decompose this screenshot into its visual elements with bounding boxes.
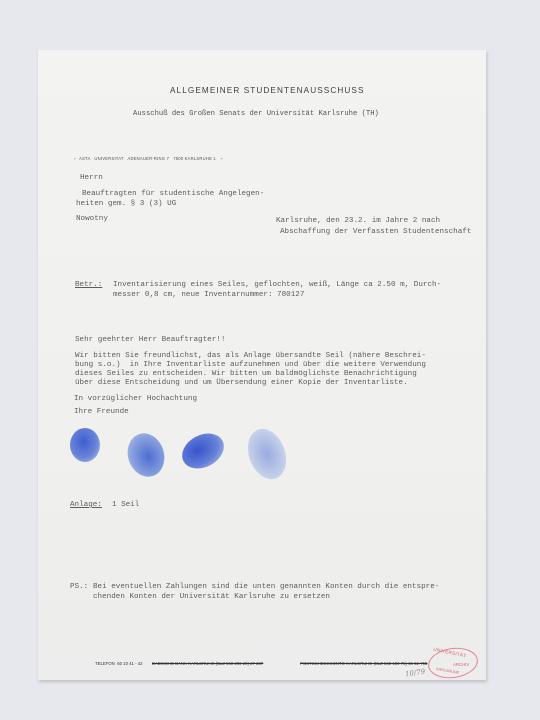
archive-stamp-middle: ARCHIV: [453, 662, 469, 667]
signature-text: Ihre Freunde: [74, 409, 129, 417]
letterhead-subtitle: Ausschuß des Großen Senats der Universit…: [133, 111, 379, 118]
recipient-line-2: heiten gem. § 3 (3) UG: [76, 201, 176, 209]
subject-label: Betr.:: [75, 282, 102, 290]
footer-postcheck: POSTSCHECKKONTO KARLSRUHE (BLZ 660 100 7…: [300, 662, 427, 666]
fingerprint-1: [70, 428, 100, 462]
recipient-line-1: Beauftragten für studentische Angelegen-: [82, 191, 264, 199]
dateline-1: Karlsruhe, den 23.2. im Jahre 2 nach: [276, 218, 440, 226]
enclosure-value: 1 Seil: [112, 502, 139, 510]
dateline-2: Abschaffung der Verfassten Studentenscha…: [280, 229, 471, 237]
body-line-1: Wir bitten Sie freundlichst, das als Anl…: [75, 353, 426, 361]
enclosure-label: Anlage:: [70, 502, 102, 510]
body-line-3: dieses Seiles zu entscheiden. Wir bitten…: [75, 371, 417, 379]
return-address: ⌐ ASTA UNIVERSITAT ADENAUER-RING 7 7500 …: [74, 157, 223, 161]
subject-line-2: messer 0,8 cm, neue Inventarnummer: 7801…: [113, 292, 304, 300]
greeting: Sehr geehrter Herr Beauftragter!!: [75, 337, 225, 345]
footer-bank: BADISCHE BANK KARLSRUHE (BLZ 660 200 20)…: [152, 662, 263, 666]
recipient-name: Nowotny: [76, 216, 108, 224]
footer-phone: TELEFON 60 10 41 - 42: [95, 662, 143, 666]
closing: In vorzüglicher Hochachtung: [74, 396, 197, 404]
body-line-2: bung s.o.) in Ihre Inventarliste aufzune…: [75, 362, 426, 370]
body-line-4: über diese Entscheidung und um Übersendu…: [75, 380, 408, 388]
recipient-salutation: Herrn: [80, 175, 103, 183]
postscript-label: PS.:: [70, 584, 88, 592]
subject-line-1: Inventarisierung eines Seiles, geflochte…: [113, 282, 441, 290]
postscript-line-2: chenden Konten der Universität Karlsruhe…: [93, 594, 330, 602]
letterhead-organization: ALLGEMEINER STUDENTENAUSSCHUSS: [170, 87, 365, 95]
postscript-line-1: Bei eventuellen Zahlungen sind die unten…: [93, 584, 439, 592]
